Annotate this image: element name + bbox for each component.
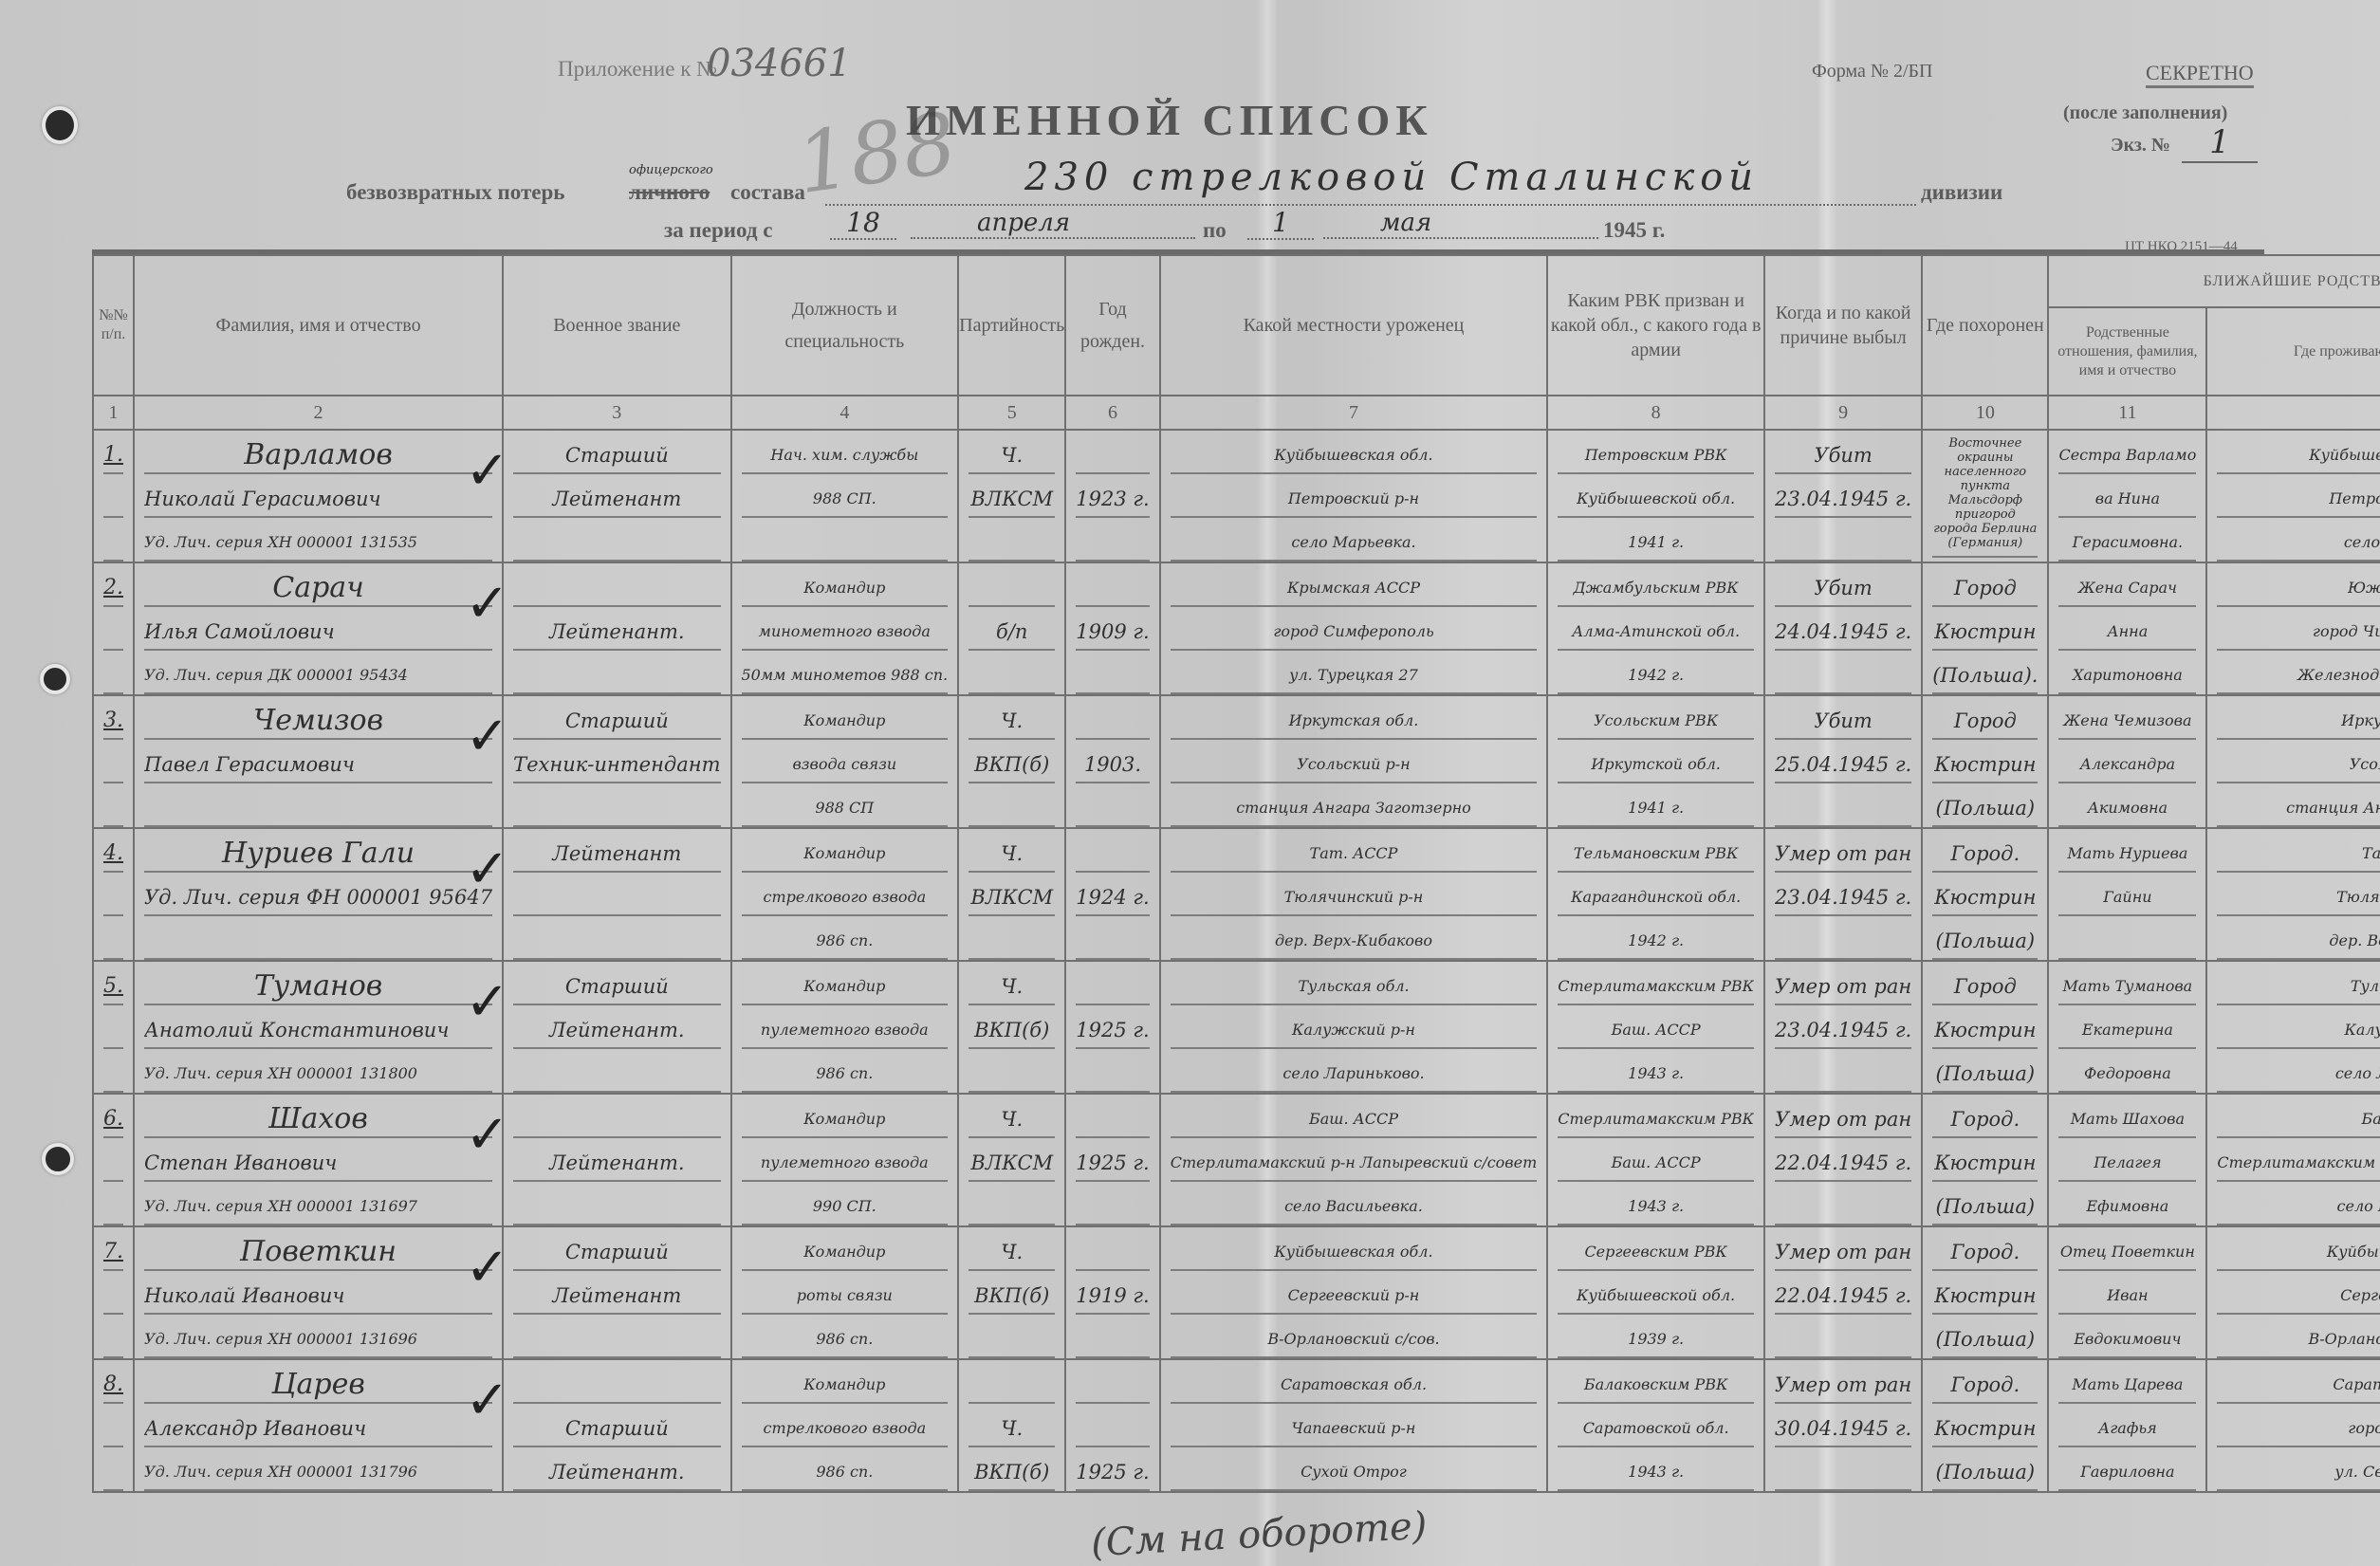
conscription-office-line: Баш. АССР — [1558, 1138, 1754, 1182]
party-membership-line: Ч. — [969, 696, 1055, 740]
row-number: 5. — [103, 962, 123, 1005]
party-membership-line: Ч. — [969, 962, 1055, 1005]
relative-address-cell: Иркутская обл.Усольский р-нстанция Ангар… — [2206, 695, 2380, 828]
period-to-day: 1 — [1247, 207, 1314, 240]
date-and-cause-line: Умер от ран — [1775, 829, 1911, 873]
relative-address-line: село Васильевка. — [2217, 1182, 2380, 1225]
date-and-cause-line — [1775, 1447, 1911, 1491]
col-header-8: Каким РВК призван и какой обл., с какого… — [1547, 255, 1764, 396]
military-rank-line: Лейтенант. — [513, 1447, 720, 1491]
relative-name-cell: Мать ШаховаПелагеяЕфимовна — [2048, 1094, 2206, 1226]
burial-place-line: Город. — [1932, 1360, 2038, 1404]
date-and-cause-line: 24.04.1945 г. — [1775, 607, 1911, 651]
date-and-cause-line — [1775, 783, 1911, 827]
position-cell: Командирвзвода связи988 СП — [731, 695, 959, 828]
relative-name-line: Иван — [2058, 1271, 2196, 1315]
date-and-cause-line: 23.04.1945 г. — [1775, 1005, 1911, 1049]
col-num-8: 8 — [1547, 396, 1764, 430]
position-cell: Командирстрелкового взвода986 сп. — [731, 1359, 959, 1492]
relative-address-cell: Тат. АССРТюлячинский р-ндер. Вер-Кибаков… — [2206, 828, 2380, 961]
birthplace-line: Сергеевский р-н — [1171, 1271, 1538, 1315]
military-rank-line: Лейтенант. — [513, 1138, 720, 1182]
military-rank-cell: СтаршийЛейтенант — [503, 430, 730, 562]
position-line: Командир — [742, 1227, 949, 1271]
relative-name-line: Жена Чемизова — [2058, 696, 2196, 740]
date-and-cause-line: Умер от ран — [1775, 1227, 1911, 1271]
date-and-cause-line — [1775, 916, 1911, 960]
relatives-group-header: БЛИЖАЙШИЕ РОДСТВЕННИКИ — [2048, 255, 2380, 307]
relative-name-line: Гайни — [2058, 873, 2196, 916]
blank-line — [103, 1049, 123, 1093]
full-name-line: Уд. Лич. серия ХН 000001 131796 — [144, 1447, 492, 1491]
relative-address-line: станция Ангара Заготзерно. — [2217, 783, 2380, 827]
birth-year-line: 1919 г. — [1076, 1271, 1149, 1315]
birth-year-line: 1909 г. — [1076, 607, 1149, 651]
party-membership-line — [969, 518, 1055, 562]
birth-year-line — [1076, 518, 1149, 562]
table-body: 1.ВарламовНиколай ГерасимовичУд. Лич. се… — [93, 430, 2380, 1492]
period-to-label: по — [1203, 218, 1227, 243]
blank-line — [103, 1404, 123, 1447]
copy-label: Экз. № — [2111, 135, 2170, 157]
blank-line — [103, 916, 123, 960]
period-from-day: 18 — [830, 207, 896, 240]
date-and-cause-cell: Убит23.04.1945 г. — [1764, 430, 1922, 562]
col-num-11: 11 — [2048, 396, 2206, 430]
conscription-office-cell: Петровским РВККуйбышевской обл.1941 г. — [1547, 430, 1764, 562]
full-name-line: Уд. Лич. серия ДК 000001 95434 — [144, 651, 492, 694]
birth-year-cell: 1925 г. — [1065, 1094, 1159, 1226]
relative-address-line: В-Орлановский с/совет. — [2217, 1315, 2380, 1358]
row-number: 3. — [103, 696, 123, 740]
birth-year-line — [1076, 1095, 1149, 1138]
date-and-cause-line: Убит — [1775, 431, 1911, 474]
row-number-cell: 8. — [93, 1359, 134, 1492]
date-and-cause-cell: Умер от ран30.04.1945 г. — [1764, 1359, 1922, 1492]
col-header-4: Должность и специальность — [731, 255, 959, 396]
relative-address-line: Стерлитамакским РВК Лапыревский с/совет — [2217, 1138, 2380, 1182]
birth-year-line — [1076, 1315, 1149, 1358]
birthplace-line: Усольский р-н — [1171, 740, 1538, 783]
party-membership-cell: Ч.ВКП(б) — [958, 695, 1065, 828]
table-row: 2.СарачИлья СамойловичУд. Лич. серия ДК … — [93, 562, 2380, 695]
position-cell: Командирминометного взвода50мм минометов… — [731, 562, 959, 695]
date-and-cause-line — [1775, 1049, 1911, 1093]
blank-line — [103, 1182, 123, 1225]
birth-year-line — [1076, 916, 1149, 960]
military-rank-line — [513, 563, 720, 607]
military-rank-cell: СтаршийЛейтенант. — [503, 961, 730, 1094]
birthplace-cell: Куйбышевская обл.Петровский р-нсело Марь… — [1160, 430, 1548, 562]
position-line: 50мм минометов 988 сп. — [742, 651, 949, 694]
position-cell: Командирстрелкового взвода986 сп. — [731, 828, 959, 961]
military-rank-line — [513, 518, 720, 562]
position-line: Нач. хим. службы — [742, 431, 949, 474]
burial-place-line: (Польша) — [1932, 783, 2038, 827]
position-line: стрелкового взвода — [742, 1404, 949, 1447]
col-header-2: Фамилия, имя и отчество — [134, 255, 503, 396]
full-name-line: Нуриев Гали — [144, 829, 492, 873]
relative-address-line: село Лариньково. — [2217, 1049, 2380, 1093]
full-name-line: Анатолий Константинович — [144, 1005, 492, 1049]
conscription-office-line: Петровским РВК — [1558, 431, 1754, 474]
position-line: Командир — [742, 962, 949, 1005]
date-and-cause-line — [1775, 518, 1911, 562]
blank-line — [103, 1271, 123, 1315]
conscription-office-line: 1942 г. — [1558, 651, 1754, 694]
copy-number: 1 — [2182, 123, 2258, 163]
date-and-cause-line: Умер от ран — [1775, 1095, 1911, 1138]
conscription-office-line: Джамбульским РВК — [1558, 563, 1754, 607]
relative-name-line: Мать Туманова — [2058, 962, 2196, 1005]
birthplace-cell: Куйбышевская обл.Сергеевский р-нВ-Орлано… — [1160, 1226, 1548, 1359]
blank-line — [103, 1005, 123, 1049]
conscription-office-line: 1941 г. — [1558, 518, 1754, 562]
table-row: 6.ШаховСтепан ИвановичУд. Лич. серия ХН … — [93, 1094, 2380, 1226]
birth-year-line: 1924 г. — [1076, 873, 1149, 916]
birthplace-line: Куйбышевская обл. — [1171, 431, 1538, 474]
burial-place-cell: ГородКюстрин(Польша). — [1922, 562, 2048, 695]
position-line: взвода связи — [742, 740, 949, 783]
birthplace-cell: Иркутская обл.Усольский р-нстанция Ангар… — [1160, 695, 1548, 828]
relative-name-line: Герасимовна. — [2058, 518, 2196, 562]
birth-year-line — [1076, 783, 1149, 827]
subtitle-struck: личного — [629, 180, 710, 205]
relative-address-cell: Куйбышевская областьПетровский районсело… — [2206, 430, 2380, 562]
birth-year-cell: 1903. — [1065, 695, 1159, 828]
military-rank-line — [513, 916, 720, 960]
party-membership-line: ВЛКСМ — [969, 474, 1055, 518]
birthplace-line: Куйбышевская обл. — [1171, 1227, 1538, 1271]
full-name-line: Илья Самойлович — [144, 607, 492, 651]
blank-line — [103, 1315, 123, 1358]
military-rank-line: Старший — [513, 696, 720, 740]
full-name-cell: ЧемизовПавел Герасимович✓ — [134, 695, 503, 828]
military-rank-cell: СтаршийЛейтенант — [503, 1226, 730, 1359]
full-name-cell: ПоветкинНиколай ИвановичУд. Лич. серия Х… — [134, 1226, 503, 1359]
date-and-cause-line — [1775, 1315, 1911, 1358]
conscription-office-line: Усольским РВК — [1558, 696, 1754, 740]
full-name-cell: СарачИлья СамойловичУд. Лич. серия ДК 00… — [134, 562, 503, 695]
military-rank-line — [513, 1315, 720, 1358]
position-line: пулеметного взвода — [742, 1005, 949, 1049]
military-rank-line: Лейтенант — [513, 474, 720, 518]
date-and-cause-line: Умер от ран — [1775, 962, 1911, 1005]
conscription-office-line: 1943 г. — [1558, 1182, 1754, 1225]
position-line: роты связи — [742, 1271, 949, 1315]
birth-year-line — [1076, 1360, 1149, 1404]
relative-address-line: Петровский район — [2217, 474, 2380, 518]
row-number: 7. — [103, 1227, 123, 1271]
birth-year-line — [1076, 1227, 1149, 1271]
party-membership-line — [969, 1315, 1055, 1358]
relative-address-cell: Баш. АССРСтерлитамакским РВК Лапыревский… — [2206, 1094, 2380, 1226]
party-membership-line: ВЛКСМ — [969, 873, 1055, 916]
punch-hole — [42, 106, 78, 144]
birth-year-line — [1076, 1404, 1149, 1447]
conscription-office-line: Иркутской обл. — [1558, 740, 1754, 783]
col-header-9: Когда и по какой причине выбыл — [1764, 255, 1922, 396]
conscription-office-line: 1939 г. — [1558, 1315, 1754, 1358]
position-line: стрелкового взвода — [742, 873, 949, 916]
col-num-10: 10 — [1922, 396, 2048, 430]
burial-place-line: (Польша) — [1932, 1447, 2038, 1491]
party-membership-line — [969, 1182, 1055, 1225]
appendix-number: 034661 — [707, 42, 852, 85]
burial-place-line: Кюстрин — [1932, 1138, 2038, 1182]
relative-address-line: Железнодорожная школа. — [2217, 651, 2380, 694]
party-membership-line: б/п — [969, 607, 1055, 651]
relative-name-cell: Мать ЦареваАгафьяГавриловна — [2048, 1359, 2206, 1492]
birthplace-line: станция Ангара Заготзерно — [1171, 783, 1538, 827]
conscription-office-line: 1943 г. — [1558, 1049, 1754, 1093]
row-number-cell: 3. — [93, 695, 134, 828]
birth-year-cell: 1925 г. — [1065, 1359, 1159, 1492]
birth-year-line — [1076, 1049, 1149, 1093]
burial-place-line: (Польша) — [1932, 1049, 2038, 1093]
full-name-line: Царев — [144, 1360, 492, 1404]
date-and-cause-line: 23.04.1945 г. — [1775, 873, 1911, 916]
conscription-office-line: 1942 г. — [1558, 916, 1754, 960]
row-number-cell: 4. — [93, 828, 134, 961]
conscription-office-cell: Сергеевским РВККуйбышевской обл.1939 г. — [1547, 1226, 1764, 1359]
birthplace-line: дер. Верх-Кибаково — [1171, 916, 1538, 960]
full-name-line: Павел Герасимович — [144, 740, 492, 783]
burial-place-line: (Польша). — [1932, 651, 2038, 694]
col-header-5: Партийность — [958, 255, 1065, 396]
party-membership-line: ВКП(б) — [969, 1447, 1055, 1491]
burial-place-cell: Восточнее окраины населенного пункта Мал… — [1922, 430, 2048, 562]
col-num-1: 1 — [93, 396, 134, 430]
date-and-cause-line: 22.04.1945 г. — [1775, 1271, 1911, 1315]
relative-name-line: Пелагея — [2058, 1138, 2196, 1182]
party-membership-cell: Ч.ВЛКСМ — [958, 828, 1065, 961]
full-name-cell: ЦаревАлександр ИвановичУд. Лич. серия ХН… — [134, 1359, 503, 1492]
position-line: Командир — [742, 1360, 949, 1404]
conscription-office-cell: Балаковским РВКСаратовской обл.1943 г. — [1547, 1359, 1764, 1492]
military-rank-line: Старший — [513, 1404, 720, 1447]
relative-name-line: Харитоновна — [2058, 651, 2196, 694]
burial-place: Восточнее окраины населенного пункта Мал… — [1932, 431, 2038, 558]
burial-place-cell: Город.Кюстрин(Польша) — [1922, 1226, 2048, 1359]
birthplace-cell: Баш. АССРСтерлитамакский р-н Лапыревский… — [1160, 1094, 1548, 1226]
relative-address-line: дер. Вер-Кибаково. — [2217, 916, 2380, 960]
birthplace-line: село Васильевка. — [1171, 1182, 1538, 1225]
military-rank-line — [513, 1095, 720, 1138]
position-line: пулеметного взвода — [742, 1138, 949, 1182]
date-and-cause-cell: Умер от ран22.04.1945 г. — [1764, 1226, 1922, 1359]
position-line: Командир — [742, 1095, 949, 1138]
row-number: 2. — [103, 563, 123, 607]
unit-name: 230 стрелковой Сталинской — [1024, 156, 1759, 199]
birthplace-line: Иркутская обл. — [1171, 696, 1538, 740]
relative-address-line: Юж. Каз. обл. — [2217, 563, 2380, 607]
position-cell: Нач. хим. службы988 СП. — [731, 430, 959, 562]
relative-name-line: Мать Нуриева — [2058, 829, 2196, 873]
military-rank-line: Лейтенант. — [513, 607, 720, 651]
birthplace-line: Калужский р-н — [1171, 1005, 1538, 1049]
relative-name-line: ва Нина — [2058, 474, 2196, 518]
conscription-office-cell: Стерлитамакским РВКБаш. АССР1943 г. — [1547, 961, 1764, 1094]
position-line: 986 сп. — [742, 916, 949, 960]
col-num-6: 6 — [1065, 396, 1159, 430]
secret-label: СЕКРЕТНО — [2146, 61, 2254, 88]
relative-name-line — [2058, 916, 2196, 960]
relative-name-line: Агафья — [2058, 1404, 2196, 1447]
relative-name-line: Акимовна — [2058, 783, 2196, 827]
burial-place-line: Кюстрин — [1932, 607, 2038, 651]
burial-place-line: (Польша) — [1932, 916, 2038, 960]
military-rank-cell: СтаршийТехник-интендант — [503, 695, 730, 828]
table-row: 4.Нуриев ГалиУд. Лич. серия ФН 000001 95… — [93, 828, 2380, 961]
period-year: 1945 г. — [1603, 218, 1665, 243]
row-number-cell: 5. — [93, 961, 134, 1094]
party-membership-cell: Ч.ВЛКСМ — [958, 1094, 1065, 1226]
burial-place-line: Город — [1932, 696, 2038, 740]
birth-year-cell: 1909 г. — [1065, 562, 1159, 695]
full-name-line: Николай Герасимович — [144, 474, 492, 518]
col-num-3: 3 — [503, 396, 730, 430]
relative-name-line: Отец Поветкин — [2058, 1227, 2196, 1271]
full-name-line: Туманов — [144, 962, 492, 1005]
full-name-line: Александр Иванович — [144, 1404, 492, 1447]
burial-place-line: Кюстрин — [1932, 1271, 2038, 1315]
full-name-line: Шахов — [144, 1095, 492, 1138]
burial-place-line: Город. — [1932, 1095, 2038, 1138]
burial-place-line: Кюстрин — [1932, 1404, 2038, 1447]
birthplace-cell: Тат. АССРТюлячинский р-ндер. Верх-Кибако… — [1160, 828, 1548, 961]
full-name-cell: ВарламовНиколай ГерасимовичУд. Лич. сери… — [134, 430, 503, 562]
birthplace-line: Тат. АССР — [1171, 829, 1538, 873]
conscription-office-line: Стерлитамакским РВК — [1558, 1095, 1754, 1138]
row-number: 1. — [103, 431, 123, 474]
conscription-office-line: Куйбышевской обл. — [1558, 1271, 1754, 1315]
row-number-cell: 2. — [93, 562, 134, 695]
relative-address-line: Баш. АССР — [2217, 1095, 2380, 1138]
military-rank-line — [513, 1360, 720, 1404]
date-and-cause-line: Убит — [1775, 696, 1911, 740]
relative-address-cell: Саратовская обл.город Балаковул. Свердло… — [2206, 1359, 2380, 1492]
date-and-cause-line: 23.04.1945 г. — [1775, 474, 1911, 518]
relative-address-line: Куйбышевская обл. — [2217, 1227, 2380, 1271]
birthplace-line: Крымская АССР — [1171, 563, 1538, 607]
burial-place-line: (Польша) — [1932, 1182, 2038, 1225]
birthplace-line: Стерлитамакский р-н Лапыревский с/совет — [1171, 1138, 1538, 1182]
birthplace-line: Петровский р-н — [1171, 474, 1538, 518]
position-line: Командир — [742, 696, 949, 740]
military-rank-line — [513, 783, 720, 827]
col-num-7: 7 — [1160, 396, 1548, 430]
birth-year-line — [1076, 829, 1149, 873]
military-rank-cell: Лейтенант. — [503, 1094, 730, 1226]
military-rank-line — [513, 651, 720, 694]
birth-year-line: 1925 г. — [1076, 1005, 1149, 1049]
burial-place-line: Кюстрин — [1932, 873, 2038, 916]
birthplace-line: Чапаевский р-н — [1171, 1404, 1538, 1447]
birthplace-line: В-Орлановский с/сов. — [1171, 1315, 1538, 1358]
relative-address-line: город Чимкент дом 41 — [2217, 607, 2380, 651]
full-name-line: Уд. Лич. серия ХН 000001 131696 — [144, 1315, 492, 1358]
secret-note: (после заполнения) — [2063, 102, 2227, 124]
punch-hole — [40, 664, 70, 694]
birth-year-line — [1076, 962, 1149, 1005]
table-row: 3.ЧемизовПавел Герасимович✓СтаршийТехник… — [93, 695, 2380, 828]
relative-name-line: Гавриловна — [2058, 1447, 2196, 1491]
blank-line — [103, 607, 123, 651]
subtitle-insert: офицерского — [629, 163, 713, 177]
relative-address-line: Саратовская обл. — [2217, 1360, 2380, 1404]
relative-address-cell: Куйбышевская обл.Сергеевский р-нВ-Орлано… — [2206, 1226, 2380, 1359]
relative-name-cell: Мать ТумановаЕкатеринаФедоровна — [2048, 961, 2206, 1094]
relative-address-line: Иркутская обл. — [2217, 696, 2380, 740]
birthplace-line: Саратовская обл. — [1171, 1360, 1538, 1404]
party-membership-line: ВКП(б) — [969, 1005, 1055, 1049]
conscription-office-line: Куйбышевской обл. — [1558, 474, 1754, 518]
birthplace-line: село Марьевка. — [1171, 518, 1538, 562]
birth-year-line: 1923 г. — [1076, 474, 1149, 518]
col-header-11: Родственные отношения, фамилия, имя и от… — [2048, 307, 2206, 396]
full-name-line — [144, 916, 492, 960]
row-number-cell: 6. — [93, 1094, 134, 1226]
party-membership-line — [969, 916, 1055, 960]
military-rank-line: Старший — [513, 962, 720, 1005]
birthplace-cell: Тульская обл.Калужский р-нсело Лариньков… — [1160, 961, 1548, 1094]
position-cell: Командирпулеметного взвода986 сп. — [731, 961, 959, 1094]
date-and-cause-line: Убит — [1775, 563, 1911, 607]
conscription-office-line: Сергеевским РВК — [1558, 1227, 1754, 1271]
birth-year-line — [1076, 563, 1149, 607]
birth-year-cell: 1923 г. — [1065, 430, 1159, 562]
military-rank-line — [513, 873, 720, 916]
date-and-cause-cell: Умер от ран23.04.1945 г. — [1764, 828, 1922, 961]
birth-year-line: 1903. — [1076, 740, 1149, 783]
blank-line — [103, 651, 123, 694]
birthplace-line: ул. Турецкая 27 — [1171, 651, 1538, 694]
conscription-office-cell: Усольским РВКИркутской обл.1941 г. — [1547, 695, 1764, 828]
conscription-office-line: 1943 г. — [1558, 1447, 1754, 1491]
military-rank-cell: СтаршийЛейтенант. — [503, 1359, 730, 1492]
party-membership-line — [969, 651, 1055, 694]
birth-year-line — [1076, 431, 1149, 474]
party-membership-line: ВКП(б) — [969, 740, 1055, 783]
relative-address-line: Тульская обл. — [2217, 962, 2380, 1005]
relative-address-line: Калужский р-н — [2217, 1005, 2380, 1049]
party-membership-line: Ч. — [969, 1404, 1055, 1447]
date-and-cause-line: 22.04.1945 г. — [1775, 1138, 1911, 1182]
relative-address-line: Сергеевский р-н — [2217, 1271, 2380, 1315]
position-cell: Командирроты связи986 сп. — [731, 1226, 959, 1359]
full-name-cell: Нуриев ГалиУд. Лич. серия ФН 000001 9564… — [134, 828, 503, 961]
relative-name-line: Мать Царева — [2058, 1360, 2196, 1404]
military-rank-cell: Лейтенант. — [503, 562, 730, 695]
relative-name-line: Анна — [2058, 607, 2196, 651]
birthplace-cell: Саратовская обл.Чапаевский р-нСухой Отро… — [1160, 1359, 1548, 1492]
col-num-12: 12 — [2206, 396, 2380, 430]
burial-place-cell: Город.Кюстрин(Польша) — [1922, 1359, 2048, 1492]
full-name-cell: ТумановАнатолий КонстантиновичУд. Лич. с… — [134, 961, 503, 1094]
subtitle-prefix: безвозвратных потерь — [346, 180, 564, 205]
blank-line — [103, 740, 123, 783]
col-header-6: Год рожден. — [1065, 255, 1159, 396]
position-line: 986 сп. — [742, 1315, 949, 1358]
conscription-office-line: Саратовской обл. — [1558, 1404, 1754, 1447]
full-name-line: Варламов — [144, 431, 492, 474]
relative-address-line: Тат. АССР — [2217, 829, 2380, 873]
birth-year-line — [1076, 1182, 1149, 1225]
col-num-2: 2 — [134, 396, 503, 430]
full-name-line: Уд. Лич. серия ХН 000001 131535 — [144, 518, 492, 562]
relative-name-line: Мать Шахова — [2058, 1095, 2196, 1138]
